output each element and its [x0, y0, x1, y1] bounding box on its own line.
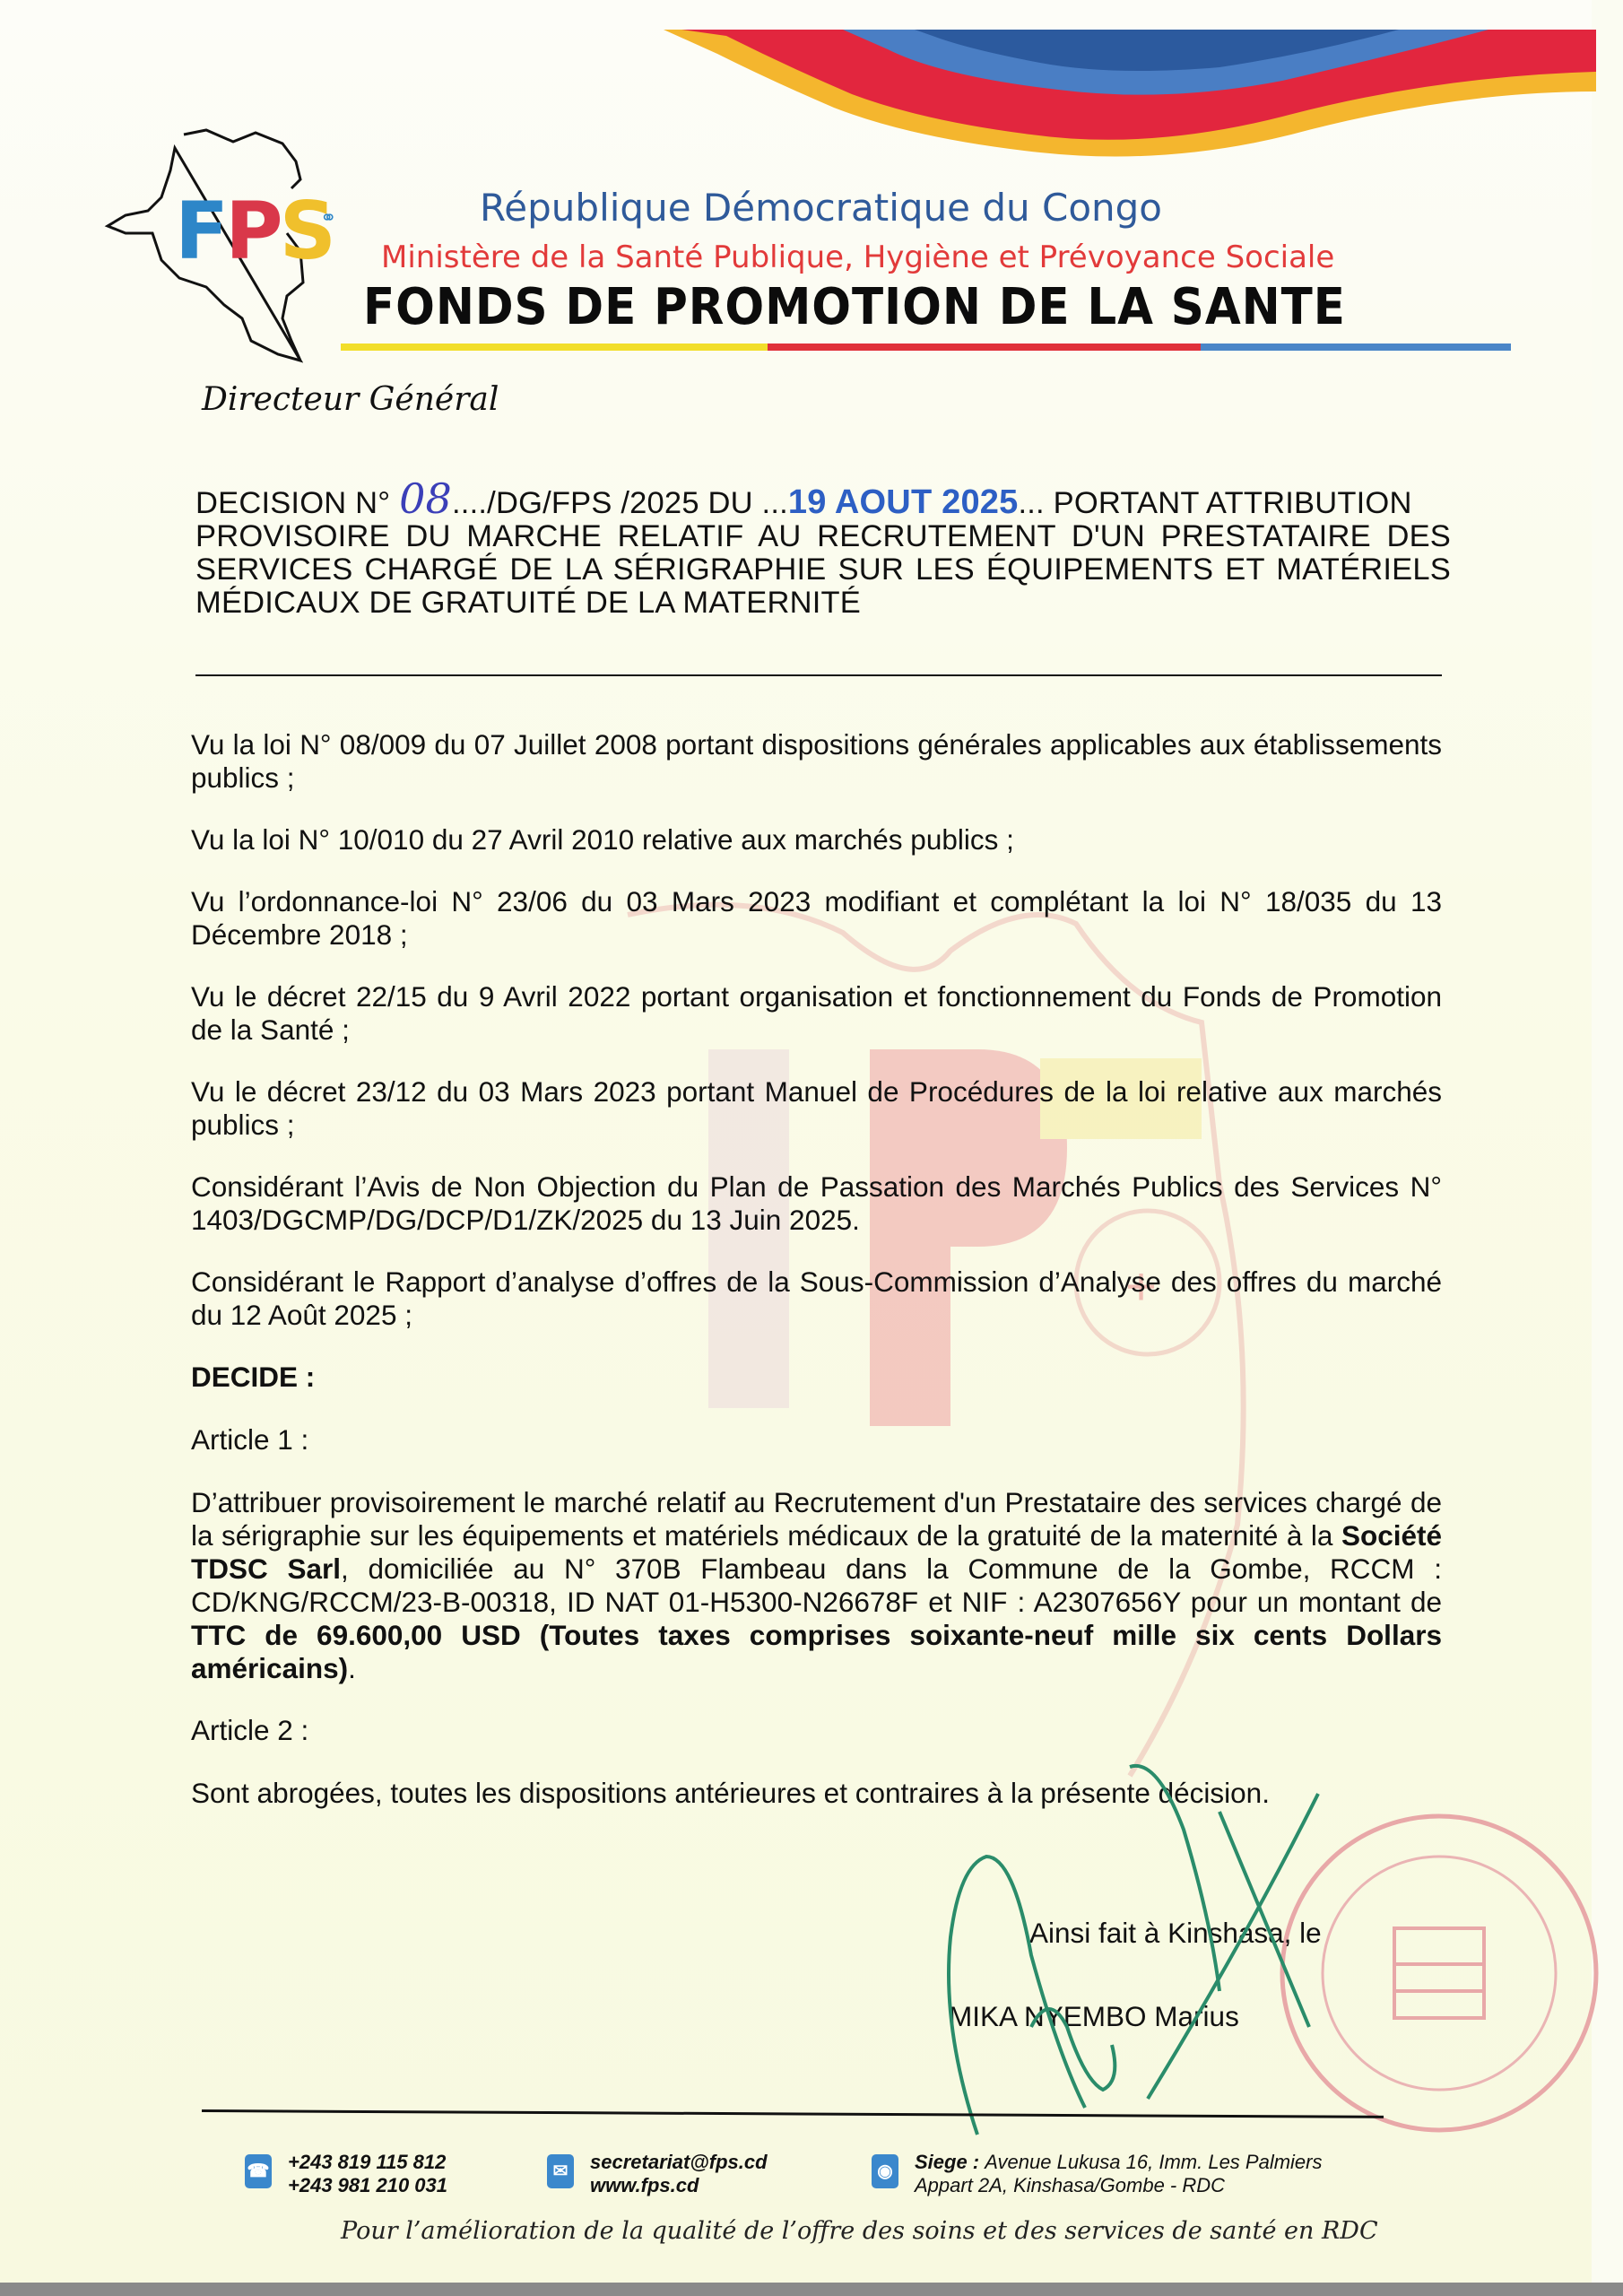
header-wave-banner [664, 27, 1596, 161]
article-2-text: Sont abrogées, toutes les dispositions a… [191, 1777, 1442, 1810]
ministry-name: Ministère de la Santé Publique, Hygiène … [381, 239, 1334, 275]
stethoscope-icon: ⚭ [320, 183, 336, 255]
article-1-text-a: D’attribuer provisoirement le marché rel… [191, 1486, 1442, 1552]
tricolor-divider [341, 344, 1511, 351]
decision-body: Vu la loi N° 08/009 du 07 Juillet 2008 p… [191, 728, 1442, 1839]
email-address: secretariat@fps.cd [590, 2151, 768, 2174]
map-pin-icon: ◉ [872, 2154, 898, 2188]
decision-title: DECISION N° 08..../DG/FPS /2025 DU ...19… [195, 483, 1451, 620]
date-stamp: 19 AOUT 2025 [788, 483, 1019, 521]
scan-bottom-edge [0, 2283, 1623, 2296]
logo-letter-f: F [175, 196, 225, 267]
phone-number: +243 981 210 031 [288, 2174, 447, 2197]
institution-name: FONDS DE PROMOTION DE LA SANTE [363, 278, 1346, 336]
footer-email-web: ✉ secretariat@fps.cd www.fps.cd [547, 2151, 768, 2197]
fps-logo: F P S ⚭ [175, 196, 336, 267]
article-1-text-c: . [348, 1652, 356, 1684]
office-title: Directeur Général [202, 381, 499, 418]
article-2-label: Article 2 : [191, 1714, 1442, 1747]
footer-tagline: Pour l’amélioration de la qualité de l’o… [341, 2217, 1378, 2245]
footer-address: ◉ Siege : Avenue Lukusa 16, Imm. Les Pal… [872, 2151, 1323, 2197]
decide-heading: DECIDE : [191, 1361, 1442, 1394]
decision-number: 08 [399, 474, 452, 523]
title-divider [195, 674, 1442, 676]
preamble-item: Vu la loi N° 08/009 du 07 Juillet 2008 p… [191, 728, 1442, 795]
address-line: Appart 2A, Kinshasa/Gombe - RDC [915, 2174, 1323, 2197]
preamble-item: Considérant l’Avis de Non Objection du P… [191, 1170, 1442, 1237]
decision-title-line1: PORTANT ATTRIBUTION [1054, 486, 1412, 520]
dots: ... [1018, 486, 1044, 520]
website: www.fps.cd [590, 2174, 768, 2197]
envelope-icon: ✉ [547, 2154, 574, 2188]
closing-place: Ainsi fait à Kinshasa, le [1029, 1917, 1322, 1950]
decision-title-rest: PROVISOIRE DU MARCHE RELATIF AU RECRUTEM… [195, 520, 1451, 620]
address-line: Avenue Lukusa 16, Imm. Les Palmiers [985, 2151, 1322, 2173]
article-1-label: Article 1 : [191, 1423, 1442, 1457]
logo-letter-p: P [225, 196, 280, 267]
decision-prefix: DECISION N° [195, 486, 390, 520]
preamble-item: Vu l’ordonnance-loi N° 23/06 du 03 Mars … [191, 885, 1442, 952]
phone-number: +243 819 115 812 [288, 2151, 447, 2174]
country-name: République Démocratique du Congo [480, 186, 1162, 230]
contract-amount: TTC de 69.600,00 USD (Toutes taxes compr… [191, 1619, 1442, 1684]
preamble-item: Vu le décret 23/12 du 03 Mars 2023 porta… [191, 1075, 1442, 1142]
scan-margin [1592, 0, 1623, 2283]
preamble-item: Considérant le Rapport d’analyse d’offre… [191, 1265, 1442, 1332]
address-label: Siege : [915, 2151, 979, 2173]
decision-ref: /DG/FPS /2025 DU [487, 486, 753, 520]
preamble-item: Vu le décret 22/15 du 9 Avril 2022 porta… [191, 980, 1442, 1047]
article-1-text-b: , domiciliée au N° 370B Flambeau dans la… [191, 1552, 1442, 1618]
footer-phones: ☎ +243 819 115 812 +243 981 210 031 [245, 2151, 447, 2197]
article-1-text: D’attribuer provisoirement le marché rel… [191, 1486, 1442, 1685]
dots: .... [452, 486, 487, 520]
signer-name: MIKA NYEMBO Marius [949, 2000, 1239, 2033]
dots: ... [762, 486, 788, 520]
phone-icon: ☎ [245, 2154, 272, 2188]
preamble-item: Vu la loi N° 10/010 du 27 Avril 2010 rel… [191, 823, 1442, 857]
